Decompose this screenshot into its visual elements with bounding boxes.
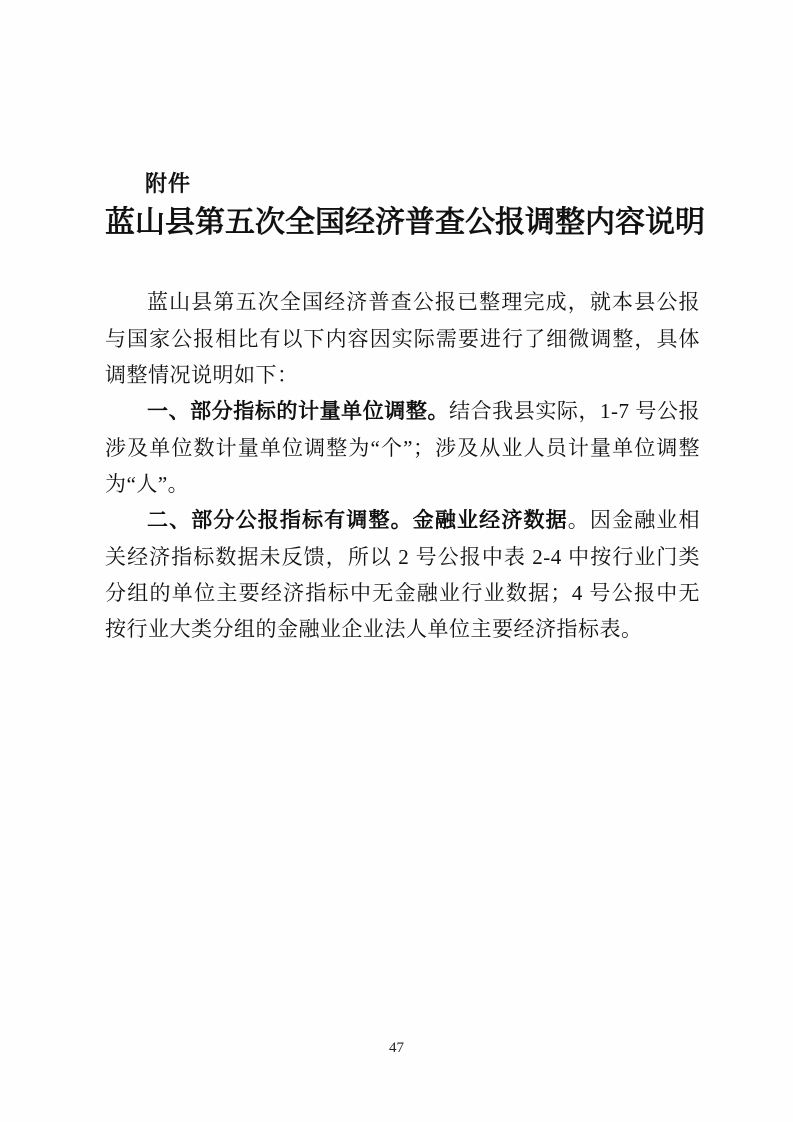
paragraph: 一、部分指标的计量单位调整。结合我县实际，1-7 号公报涉及单位数计量单位调整为… xyxy=(105,393,700,502)
document-body: 蓝山县第五次全国经济普查公报已整理完成，就本县公报与国家公报相比有以下内容因实际… xyxy=(105,284,700,647)
paragraph: 二、部分公报指标有调整。金融业经济数据。因金融业相关经济指标数据未反馈，所以 2… xyxy=(105,502,700,647)
page-number: 47 xyxy=(0,1038,793,1058)
paragraph: 蓝山县第五次全国经济普查公报已整理完成，就本县公报与国家公报相比有以下内容因实际… xyxy=(105,284,700,393)
paragraph-bold-lead: 一、部分指标的计量单位调整。 xyxy=(147,400,449,423)
document-content: 附件 蓝山县第五次全国经济普查公报调整内容说明 蓝山县第五次全国经济普查公报已整… xyxy=(0,172,793,647)
document-page: 附件 蓝山县第五次全国经济普查公报调整内容说明 蓝山县第五次全国经济普查公报已整… xyxy=(0,0,793,1122)
document-title: 蓝山县第五次全国经济普查公报调整内容说明 xyxy=(105,203,700,243)
attachment-label: 附件 xyxy=(145,172,700,196)
paragraph-text: 蓝山县第五次全国经济普查公报已整理完成，就本县公报与国家公报相比有以下内容因实际… xyxy=(105,290,700,387)
paragraph-bold-lead: 二、部分公报指标有调整。金融业经济数据 xyxy=(147,509,568,532)
